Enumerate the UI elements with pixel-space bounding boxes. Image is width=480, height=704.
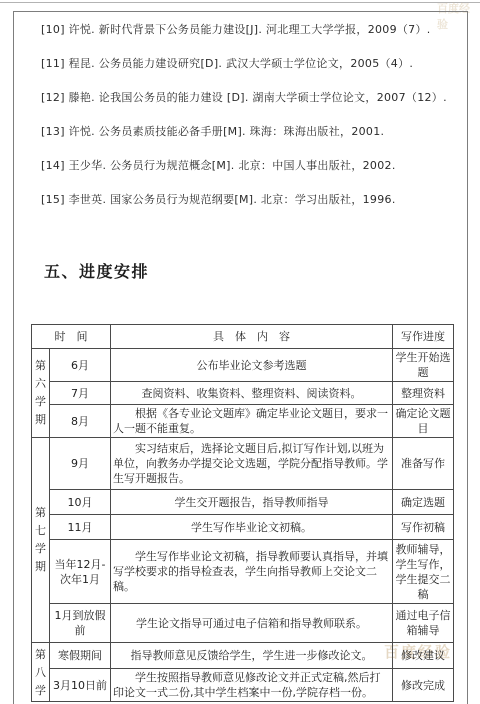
progress-cell: 准备写作 <box>393 438 454 490</box>
table-row: 8月 根据《各专业论文题库》确定毕业论文题目，要求一人一题不能重复。 确定论文题… <box>32 405 454 438</box>
table-row: 第七学期 9月 实习结束后，选择论文题目后,拟订写作计划,以班为单位，向教务办学… <box>32 438 454 490</box>
progress-cell: 通过电子信箱辅导 <box>393 604 454 643</box>
content-cell: 学生论文指导可通过电子信箱和指导教师联系。 <box>111 604 393 643</box>
progress-cell: 修改完成 <box>393 669 454 702</box>
document-border-box: [10] 许悦. 新时代背景下公务员能力建设[J]. 河北理工大学学报，2009… <box>13 11 468 704</box>
time-cell: 寒假期间 <box>50 643 111 669</box>
reference-item-13: [13] 许悦. 公务员素质技能必备手册[M]. 珠海：珠海出版社，2001. <box>41 125 453 139</box>
content-cell: 查阅资料、收集资料、整理资料、阅读资料。 <box>111 382 393 405</box>
content-cell: 学生写作毕业论文初稿。 <box>111 515 393 540</box>
schedule-table: 时 间 具 体 内 容 写作进度 第六学期 6月 公布毕业论文参考选题 学生开始… <box>31 324 454 702</box>
time-cell: 6月 <box>50 349 111 382</box>
table-header-row: 时 间 具 体 内 容 写作进度 <box>32 325 454 349</box>
time-cell: 1月到放假前 <box>50 604 111 643</box>
time-cell: 7月 <box>50 382 111 405</box>
section-title: 五、进度安排 <box>44 259 467 282</box>
semester-cell-8: 第八学期 <box>32 643 50 702</box>
content-cell: 指导教师意见反馈给学生，学生进一步修改论文。 <box>111 643 393 669</box>
table-row: 第八学期 寒假期间 指导教师意见反馈给学生，学生进一步修改论文。 修改建议 <box>32 643 454 669</box>
page-top-divider <box>0 2 480 3</box>
reference-item-15: [15] 李世英. 国家公务员行为规范纲要[M]. 北京：学习出版社，1996. <box>41 193 453 207</box>
table-row: 11月 学生写作毕业论文初稿。 写作初稿 <box>32 515 454 540</box>
time-cell: 10月 <box>50 490 111 515</box>
table-row: 10月 学生交开题报告，指导教师指导 确定选题 <box>32 490 454 515</box>
time-cell: 9月 <box>50 438 111 490</box>
progress-cell: 写作初稿 <box>393 515 454 540</box>
content-cell: 根据《各专业论文题库》确定毕业论文题目，要求一人一题不能重复。 <box>111 405 393 438</box>
reference-item-12: [12] 滕艳. 论我国公务员的能力建设 [D]. 湖南大学硕士学位论文，200… <box>41 91 453 105</box>
progress-cell: 整理资料 <box>393 382 454 405</box>
content-cell: 实习结束后，选择论文题目后,拟订写作计划,以班为单位，向教务办学提交论文选题，学… <box>111 438 393 490</box>
semester-cell-7: 第七学期 <box>32 438 50 643</box>
progress-cell: 学生开始选题 <box>393 349 454 382</box>
reference-list: [10] 许悦. 新时代背景下公务员能力建设[J]. 河北理工大学学报，2009… <box>14 12 467 207</box>
progress-cell: 确定选题 <box>393 490 454 515</box>
table-row: 3月10日前 学生按照指导教师意见修改论文并正式定稿,然后打印论文一式二份,其中… <box>32 669 454 702</box>
reference-item-14: [14] 王少华. 公务员行为规范概念[M]. 北京：中国人事出版社，2002. <box>41 159 453 173</box>
document-page: 百度经验 百度经验 [10] 许悦. 新时代背景下公务员能力建设[J]. 河北理… <box>0 0 480 704</box>
header-content: 具 体 内 容 <box>111 325 393 349</box>
table-row: 第六学期 6月 公布毕业论文参考选题 学生开始选题 <box>32 349 454 382</box>
time-cell: 3月10日前 <box>50 669 111 702</box>
content-cell: 学生按照指导教师意见修改论文并正式定稿,然后打印论文一式二份,其中学生档案中一份… <box>111 669 393 702</box>
progress-cell: 教师辅导，学生写作，学生提交二稿 <box>393 540 454 604</box>
semester-cell-6: 第六学期 <box>32 349 50 438</box>
header-time: 时 间 <box>32 325 111 349</box>
progress-cell: 确定论文题目 <box>393 405 454 438</box>
time-cell: 11月 <box>50 515 111 540</box>
table-row: 当年12月-次年1月 学生写作毕业论文初稿，指导教师要认真指导，并填写学校要求的… <box>32 540 454 604</box>
content-cell: 学生交开题报告，指导教师指导 <box>111 490 393 515</box>
content-cell: 学生写作毕业论文初稿，指导教师要认真指导，并填写学校要求的指导检查表，学生向指导… <box>111 540 393 604</box>
time-cell: 8月 <box>50 405 111 438</box>
content-cell: 公布毕业论文参考选题 <box>111 349 393 382</box>
progress-cell: 修改建议 <box>393 643 454 669</box>
header-progress: 写作进度 <box>393 325 454 349</box>
reference-item-11: [11] 程昆. 公务员能力建设研究[D]. 武汉大学硕士学位论文，2005（4… <box>41 57 453 71</box>
table-row: 7月 查阅资料、收集资料、整理资料、阅读资料。 整理资料 <box>32 382 454 405</box>
reference-item-10: [10] 许悦. 新时代背景下公务员能力建设[J]. 河北理工大学学报，2009… <box>41 23 453 37</box>
table-row: 1月到放假前 学生论文指导可通过电子信箱和指导教师联系。 通过电子信箱辅导 <box>32 604 454 643</box>
time-cell: 当年12月-次年1月 <box>50 540 111 604</box>
